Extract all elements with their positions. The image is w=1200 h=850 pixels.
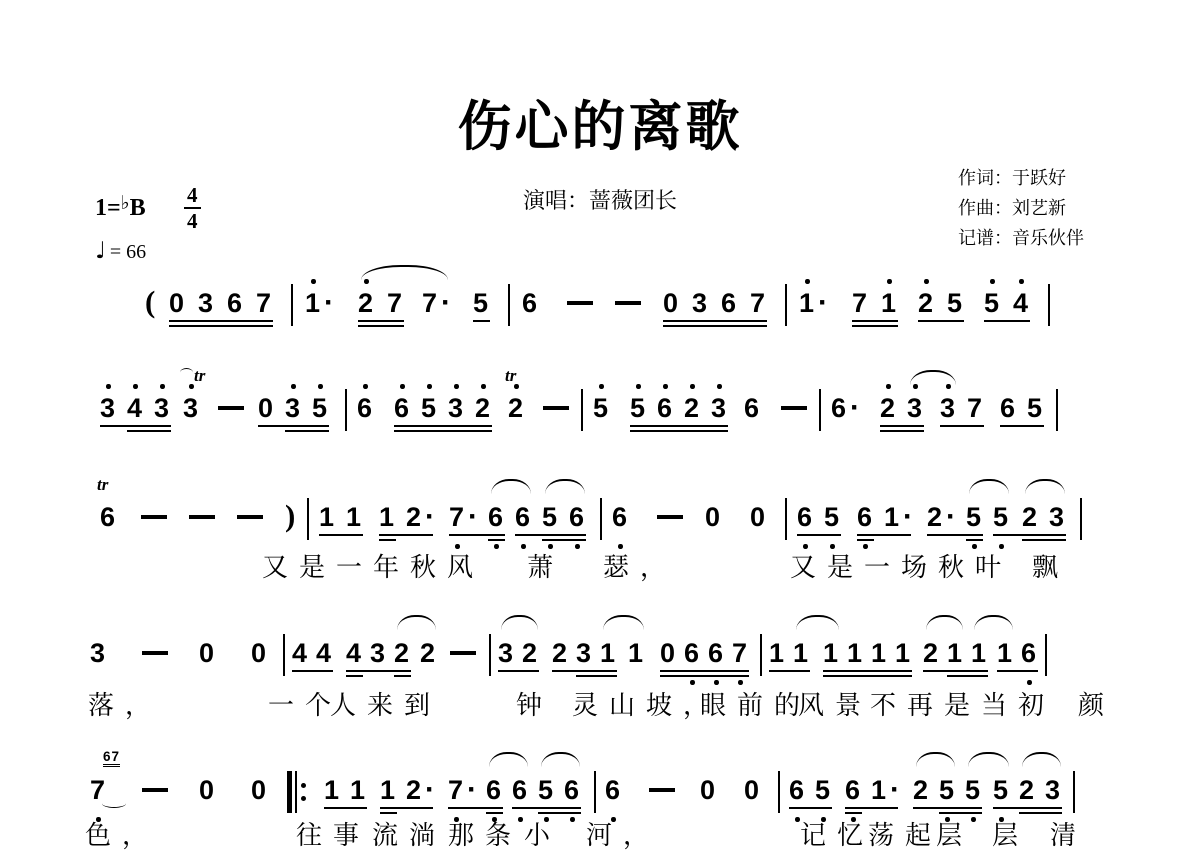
octave-dot-high bbox=[805, 279, 810, 284]
octave-dot-high bbox=[636, 384, 641, 389]
note-digit: 5 bbox=[984, 288, 1001, 318]
duration-dash bbox=[189, 515, 215, 519]
score-line-3: 6tr)1112·7·66566006561·2·5523 bbox=[100, 474, 1200, 558]
tempo-marking: ♩= 66 bbox=[95, 238, 146, 264]
barline bbox=[594, 771, 596, 813]
lyric-segment: 瑟， bbox=[603, 552, 677, 582]
beam-underline bbox=[394, 425, 492, 427]
beam-underline bbox=[448, 807, 503, 809]
duration-dash bbox=[142, 788, 168, 792]
beam-underline bbox=[918, 320, 964, 322]
note-digit: 6 bbox=[797, 502, 814, 532]
octave-dot-low bbox=[738, 680, 743, 685]
beam-underline bbox=[1019, 812, 1062, 814]
octave-dot-high bbox=[400, 384, 405, 389]
note: 1 bbox=[769, 638, 786, 670]
note: 5 bbox=[984, 288, 1001, 320]
note: 7· bbox=[449, 502, 476, 534]
note: 6 bbox=[605, 775, 622, 807]
note: 0 bbox=[199, 638, 216, 670]
note: 6 bbox=[845, 775, 862, 807]
octave-dot-high bbox=[717, 384, 722, 389]
note: 5 bbox=[966, 502, 983, 534]
barline bbox=[581, 389, 583, 431]
note: 2 bbox=[918, 288, 935, 320]
beam-underline bbox=[852, 320, 898, 322]
beam-underline bbox=[993, 807, 1062, 809]
barline bbox=[291, 284, 293, 326]
octave-dot-high bbox=[427, 384, 432, 389]
lyric-segment: 不再是当 bbox=[870, 690, 1018, 720]
note-digit: 2 bbox=[358, 288, 375, 318]
composer-credit: 作曲：刘艺新 bbox=[958, 193, 1084, 223]
note-digit: 0 bbox=[251, 775, 268, 805]
octave-dot-high bbox=[887, 279, 892, 284]
beam-underline bbox=[292, 670, 333, 672]
note: 2 bbox=[420, 638, 437, 670]
note-digit: 6 bbox=[721, 288, 738, 318]
lyric-segment: 人来到 bbox=[330, 690, 441, 720]
note: 4 bbox=[1013, 288, 1030, 320]
note-digit: 0 bbox=[258, 393, 275, 423]
note: 3 bbox=[1049, 502, 1066, 534]
grace-tie bbox=[102, 799, 126, 808]
note: 2 bbox=[923, 638, 940, 670]
note-digit: 6 bbox=[605, 775, 622, 805]
octave-dot-high bbox=[160, 384, 165, 389]
beam-underline bbox=[663, 320, 767, 322]
note: 0 bbox=[169, 288, 186, 320]
beam-underline bbox=[512, 807, 581, 809]
note-digit: 3 bbox=[100, 393, 117, 423]
note-digit: 1 bbox=[319, 502, 336, 532]
note-digit: 4 bbox=[1013, 288, 1030, 318]
lyric-segment: 层 bbox=[936, 820, 973, 850]
beam-underline bbox=[169, 320, 273, 322]
note-digit: 7 bbox=[750, 288, 767, 318]
note-digit: 5 bbox=[542, 502, 559, 532]
octave-dot-low bbox=[714, 680, 719, 685]
slur-arc bbox=[1025, 479, 1065, 494]
slur-arc bbox=[910, 370, 956, 385]
note-digit: 2 bbox=[880, 393, 897, 423]
note-digit: 7 bbox=[387, 288, 404, 318]
time-signature: 4 4 bbox=[184, 184, 201, 232]
note-digit: 3 bbox=[370, 638, 387, 668]
note: 2 bbox=[475, 393, 492, 425]
note: 3 bbox=[940, 393, 957, 425]
repeat-thick-bar bbox=[287, 771, 292, 813]
note-digit: 2 bbox=[552, 638, 569, 668]
note-digit: 5 bbox=[312, 393, 329, 423]
credits-block: 作词：于跃好 作曲：刘艺新 记谱：音乐伙伴 bbox=[958, 163, 1084, 253]
note-digit: 1 bbox=[600, 638, 617, 668]
octave-dot-high bbox=[690, 384, 695, 389]
beam-underline bbox=[769, 670, 810, 672]
beam-underline bbox=[852, 325, 898, 327]
note: 3 bbox=[100, 393, 117, 425]
note: 2tr bbox=[508, 393, 525, 425]
note-digit: 1 bbox=[847, 638, 864, 668]
octave-dot-low bbox=[618, 544, 623, 549]
barline bbox=[785, 284, 787, 326]
note: 6· bbox=[831, 393, 858, 425]
octave-dot-low bbox=[521, 544, 526, 549]
note-digit: 1 bbox=[881, 288, 898, 318]
note: 0 bbox=[660, 638, 677, 670]
note-digit: 2 bbox=[420, 638, 437, 668]
note: 1 bbox=[947, 638, 964, 670]
beam-underline bbox=[486, 812, 503, 814]
augmentation-dot: · bbox=[425, 504, 435, 530]
lyric-segment: 风景 bbox=[798, 690, 872, 720]
repeat-thin-bar bbox=[295, 771, 297, 813]
duration-dash bbox=[615, 301, 641, 305]
barline bbox=[508, 284, 510, 326]
octave-dot-low bbox=[972, 544, 977, 549]
note-digit: 0 bbox=[705, 502, 722, 532]
note: 7 bbox=[256, 288, 273, 320]
lyric-segment: 色， bbox=[85, 820, 159, 850]
note-digit: 3 bbox=[154, 393, 171, 423]
note-digit: 2 bbox=[394, 638, 411, 668]
barline bbox=[760, 634, 762, 676]
note: 6 bbox=[721, 288, 738, 320]
slur-arc bbox=[968, 752, 1009, 767]
note: 6 bbox=[394, 393, 411, 425]
octave-dot-high bbox=[318, 384, 323, 389]
octave-dot-high bbox=[663, 384, 668, 389]
duration-dash bbox=[142, 651, 168, 655]
note: 3tr bbox=[183, 393, 200, 425]
note: 1 bbox=[971, 638, 988, 670]
note: 1 bbox=[997, 638, 1014, 670]
note: 6 bbox=[522, 288, 539, 320]
note-digit: 3 bbox=[1045, 775, 1062, 805]
key-letter: B bbox=[130, 195, 146, 221]
beam-underline bbox=[845, 807, 898, 809]
barline bbox=[1073, 771, 1075, 813]
note: 0 bbox=[700, 775, 717, 807]
octave-dot-low bbox=[863, 544, 868, 549]
note: 5 bbox=[939, 775, 956, 807]
beam-underline bbox=[789, 807, 832, 809]
slur-arc bbox=[489, 752, 528, 767]
beam-underline bbox=[515, 534, 586, 536]
lyric-segment: 眼前的 bbox=[700, 690, 811, 720]
duration-dash bbox=[543, 406, 569, 410]
lyrics-row-2: 落，一个人来到钟灵山坡，眼前的风景不再是当初颜 bbox=[0, 690, 1200, 724]
note: 3 bbox=[448, 393, 465, 425]
beam-underline bbox=[880, 430, 924, 432]
note-digit: 5 bbox=[630, 393, 647, 423]
slur-arc bbox=[974, 615, 1013, 630]
note-digit: 2 bbox=[522, 638, 539, 668]
note: 5 bbox=[538, 775, 555, 807]
beam-underline bbox=[663, 325, 767, 327]
lyric-segment: 萧 bbox=[527, 552, 564, 582]
beam-underline bbox=[1000, 425, 1044, 427]
note: 7· bbox=[448, 775, 475, 807]
note: 0 bbox=[744, 775, 761, 807]
beam-underline bbox=[947, 675, 988, 677]
trill-curve bbox=[180, 368, 193, 377]
octave-dot-low bbox=[494, 544, 499, 549]
slur-arc bbox=[491, 479, 531, 494]
note: 3 bbox=[370, 638, 387, 670]
note: 5 bbox=[993, 502, 1010, 534]
lyric-segment: 那条 bbox=[448, 820, 522, 850]
slur-arc bbox=[397, 615, 436, 630]
note: 2 bbox=[552, 638, 569, 670]
note: 2· bbox=[406, 502, 433, 534]
note-digit: 6 bbox=[684, 638, 701, 668]
note-digit: 1 bbox=[823, 638, 840, 668]
barline bbox=[785, 498, 787, 540]
trill-mark: tr bbox=[97, 475, 108, 495]
note-digit: 2 bbox=[918, 288, 935, 318]
lyric-segment: 流淌 bbox=[372, 820, 446, 850]
note-digit: 4 bbox=[127, 393, 144, 423]
note-digit: 3 bbox=[907, 393, 924, 423]
note-digit: 6 bbox=[612, 502, 629, 532]
beam-underline bbox=[660, 670, 749, 672]
beam-underline bbox=[319, 534, 363, 536]
octave-dot-high bbox=[311, 279, 316, 284]
note-digit: 6 bbox=[744, 393, 761, 423]
beam-underline bbox=[797, 534, 841, 536]
note-digit: 6 bbox=[831, 393, 848, 423]
beam-underline bbox=[127, 430, 171, 432]
note: 3 bbox=[711, 393, 728, 425]
beam-underline bbox=[358, 325, 404, 327]
note: 1 bbox=[793, 638, 810, 670]
note-digit: 6 bbox=[394, 393, 411, 423]
lyric-segment: 颜 bbox=[1078, 690, 1115, 720]
lyric-segment: 飘 bbox=[1032, 552, 1069, 582]
note: 1· bbox=[871, 775, 898, 807]
note: 2 bbox=[913, 775, 930, 807]
octave-dot-low bbox=[455, 544, 460, 549]
note: 3 bbox=[1045, 775, 1062, 807]
note-digit: 0 bbox=[169, 288, 186, 318]
slur-arc bbox=[501, 615, 538, 630]
beam-underline bbox=[630, 425, 728, 427]
note: 6 bbox=[612, 502, 629, 534]
slur-arc bbox=[916, 752, 955, 767]
note: 2· bbox=[927, 502, 954, 534]
note-digit: 0 bbox=[660, 638, 677, 668]
note: 6tr bbox=[100, 502, 117, 534]
beam-underline bbox=[285, 430, 329, 432]
note: 1 bbox=[380, 775, 397, 807]
slur-arc bbox=[361, 265, 448, 280]
notation-credit: 记谱：音乐伙伴 bbox=[958, 223, 1084, 253]
note-digit: 6 bbox=[1000, 393, 1017, 423]
slur-arc bbox=[541, 752, 580, 767]
note-digit: 6 bbox=[515, 502, 532, 532]
barline bbox=[283, 634, 285, 676]
trill-mark: tr bbox=[505, 366, 516, 386]
note-digit: 6 bbox=[564, 775, 581, 805]
lyric-segment: 灵山坡， bbox=[572, 690, 720, 720]
meter-denominator: 4 bbox=[184, 209, 201, 232]
song-title: 伤心的离歌 bbox=[0, 84, 1200, 161]
note-digit: 1 bbox=[793, 638, 810, 668]
trill-mark: tr bbox=[180, 366, 205, 386]
repeat-dot bbox=[301, 783, 306, 788]
note: 6 bbox=[789, 775, 806, 807]
note: 7 bbox=[852, 288, 869, 320]
beam-underline bbox=[542, 539, 586, 541]
beam-underline bbox=[997, 670, 1038, 672]
note: 6 bbox=[684, 638, 701, 670]
note: 0 bbox=[258, 393, 275, 425]
octave-dot-low bbox=[999, 544, 1004, 549]
lyrics-row-3: 色，往事流淌那条小河，记忆荡起层层清 bbox=[0, 820, 1200, 850]
note: 2 bbox=[358, 288, 375, 320]
beam-underline bbox=[576, 675, 617, 677]
augmentation-dot: · bbox=[818, 290, 828, 316]
octave-dot-high bbox=[990, 279, 995, 284]
note-digit: 6 bbox=[357, 393, 374, 423]
barline bbox=[489, 634, 491, 676]
note-digit: 1 bbox=[346, 502, 363, 532]
beam-underline bbox=[346, 675, 363, 677]
note: 6 bbox=[227, 288, 244, 320]
note-digit: 3 bbox=[576, 638, 593, 668]
octave-dot-high bbox=[481, 384, 486, 389]
note-digit: 7 bbox=[967, 393, 984, 423]
octave-dot-high bbox=[1019, 279, 1024, 284]
note: 0 bbox=[705, 502, 722, 534]
note: 5 bbox=[542, 502, 559, 534]
quarter-note-icon: ♩ bbox=[95, 238, 106, 264]
beam-underline bbox=[380, 812, 397, 814]
note-digit: 3 bbox=[198, 288, 215, 318]
beam-underline bbox=[552, 670, 617, 672]
note: 6 bbox=[564, 775, 581, 807]
lyric-segment: 清 bbox=[1050, 820, 1087, 850]
note-digit: 4 bbox=[292, 638, 309, 668]
note: 1 bbox=[324, 775, 341, 807]
note: 6 bbox=[486, 775, 503, 807]
beam-underline bbox=[538, 812, 581, 814]
beam-underline bbox=[984, 320, 1030, 322]
note-digit: 2 bbox=[1019, 775, 1036, 805]
note: 2 bbox=[880, 393, 897, 425]
octave-dot-high bbox=[924, 279, 929, 284]
beam-underline bbox=[394, 430, 492, 432]
note-digit: 3 bbox=[448, 393, 465, 423]
note: 1 bbox=[319, 502, 336, 534]
note-digit: 0 bbox=[750, 502, 767, 532]
beam-underline bbox=[823, 670, 912, 672]
augmentation-dot: · bbox=[468, 504, 478, 530]
augmentation-dot: · bbox=[850, 395, 860, 421]
augmentation-dot: · bbox=[946, 504, 956, 530]
note-digit: 5 bbox=[966, 502, 983, 532]
beam-underline bbox=[966, 539, 983, 541]
note-digit: 5 bbox=[538, 775, 555, 805]
lyric-segment: 钟 bbox=[516, 690, 553, 720]
octave-dot-low bbox=[575, 544, 580, 549]
note-digit: 1 bbox=[895, 638, 912, 668]
note: 2 bbox=[394, 638, 411, 670]
lyrics-row-1: 又是一年秋风萧瑟，又是一场秋叶飘 bbox=[0, 552, 1200, 586]
grace-notes: 67 bbox=[103, 749, 120, 767]
duration-dash bbox=[649, 788, 675, 792]
note: 5 bbox=[993, 775, 1010, 807]
note-digit: 0 bbox=[700, 775, 717, 805]
beam-underline bbox=[857, 534, 911, 536]
beam-underline bbox=[498, 670, 539, 672]
note: 6 bbox=[357, 393, 374, 425]
beam-underline bbox=[380, 807, 433, 809]
note: 5 bbox=[815, 775, 832, 807]
note-digit: 3 bbox=[692, 288, 709, 318]
note: 3 bbox=[154, 393, 171, 425]
note-digit: 3 bbox=[711, 393, 728, 423]
note-digit: 5 bbox=[824, 502, 841, 532]
octave-dot-low bbox=[548, 544, 553, 549]
note: 1 bbox=[379, 502, 396, 534]
note-digit: 2 bbox=[913, 775, 930, 805]
note-digit: 0 bbox=[663, 288, 680, 318]
duration-dash bbox=[567, 301, 593, 305]
note: 1 bbox=[346, 502, 363, 534]
note-digit: 2 bbox=[406, 775, 423, 805]
octave-dot-high bbox=[363, 384, 368, 389]
beam-underline bbox=[939, 812, 982, 814]
duration-dash bbox=[450, 651, 476, 655]
note-digit: 3 bbox=[90, 638, 107, 668]
note: 2 bbox=[684, 393, 701, 425]
augmentation-dot: · bbox=[903, 504, 913, 530]
score-line-5: 767001112·7·66566006561·255523 bbox=[90, 747, 1200, 831]
note: 0 bbox=[199, 775, 216, 807]
note-digit: 6 bbox=[789, 775, 806, 805]
note: 7· bbox=[422, 288, 449, 320]
note-digit: 2 bbox=[684, 393, 701, 423]
barline bbox=[307, 498, 309, 540]
augmentation-dot: · bbox=[441, 290, 451, 316]
note-digit: 1 bbox=[769, 638, 786, 668]
lyric-segment: 落， bbox=[88, 690, 162, 720]
barline bbox=[819, 389, 821, 431]
note-digit: 0 bbox=[251, 638, 268, 668]
note-digit: 3 bbox=[498, 638, 515, 668]
note: 5 bbox=[593, 393, 610, 425]
note: 0 bbox=[251, 775, 268, 807]
beam-underline bbox=[845, 812, 862, 814]
note-digit: 2 bbox=[927, 502, 944, 532]
beam-underline bbox=[940, 425, 984, 427]
note-digit: 6 bbox=[512, 775, 529, 805]
beam-underline bbox=[823, 675, 912, 677]
note: 3 bbox=[907, 393, 924, 425]
duration-dash bbox=[218, 406, 244, 410]
duration-dash bbox=[657, 515, 683, 519]
octave-dot-high bbox=[599, 384, 604, 389]
note-digit: 7 bbox=[422, 288, 439, 318]
note: 5 bbox=[421, 393, 438, 425]
lyric-segment: 河， bbox=[586, 820, 660, 850]
note: 3 bbox=[576, 638, 593, 670]
note: 3 bbox=[198, 288, 215, 320]
slur-arc bbox=[969, 479, 1009, 494]
duration-dash bbox=[141, 515, 167, 519]
